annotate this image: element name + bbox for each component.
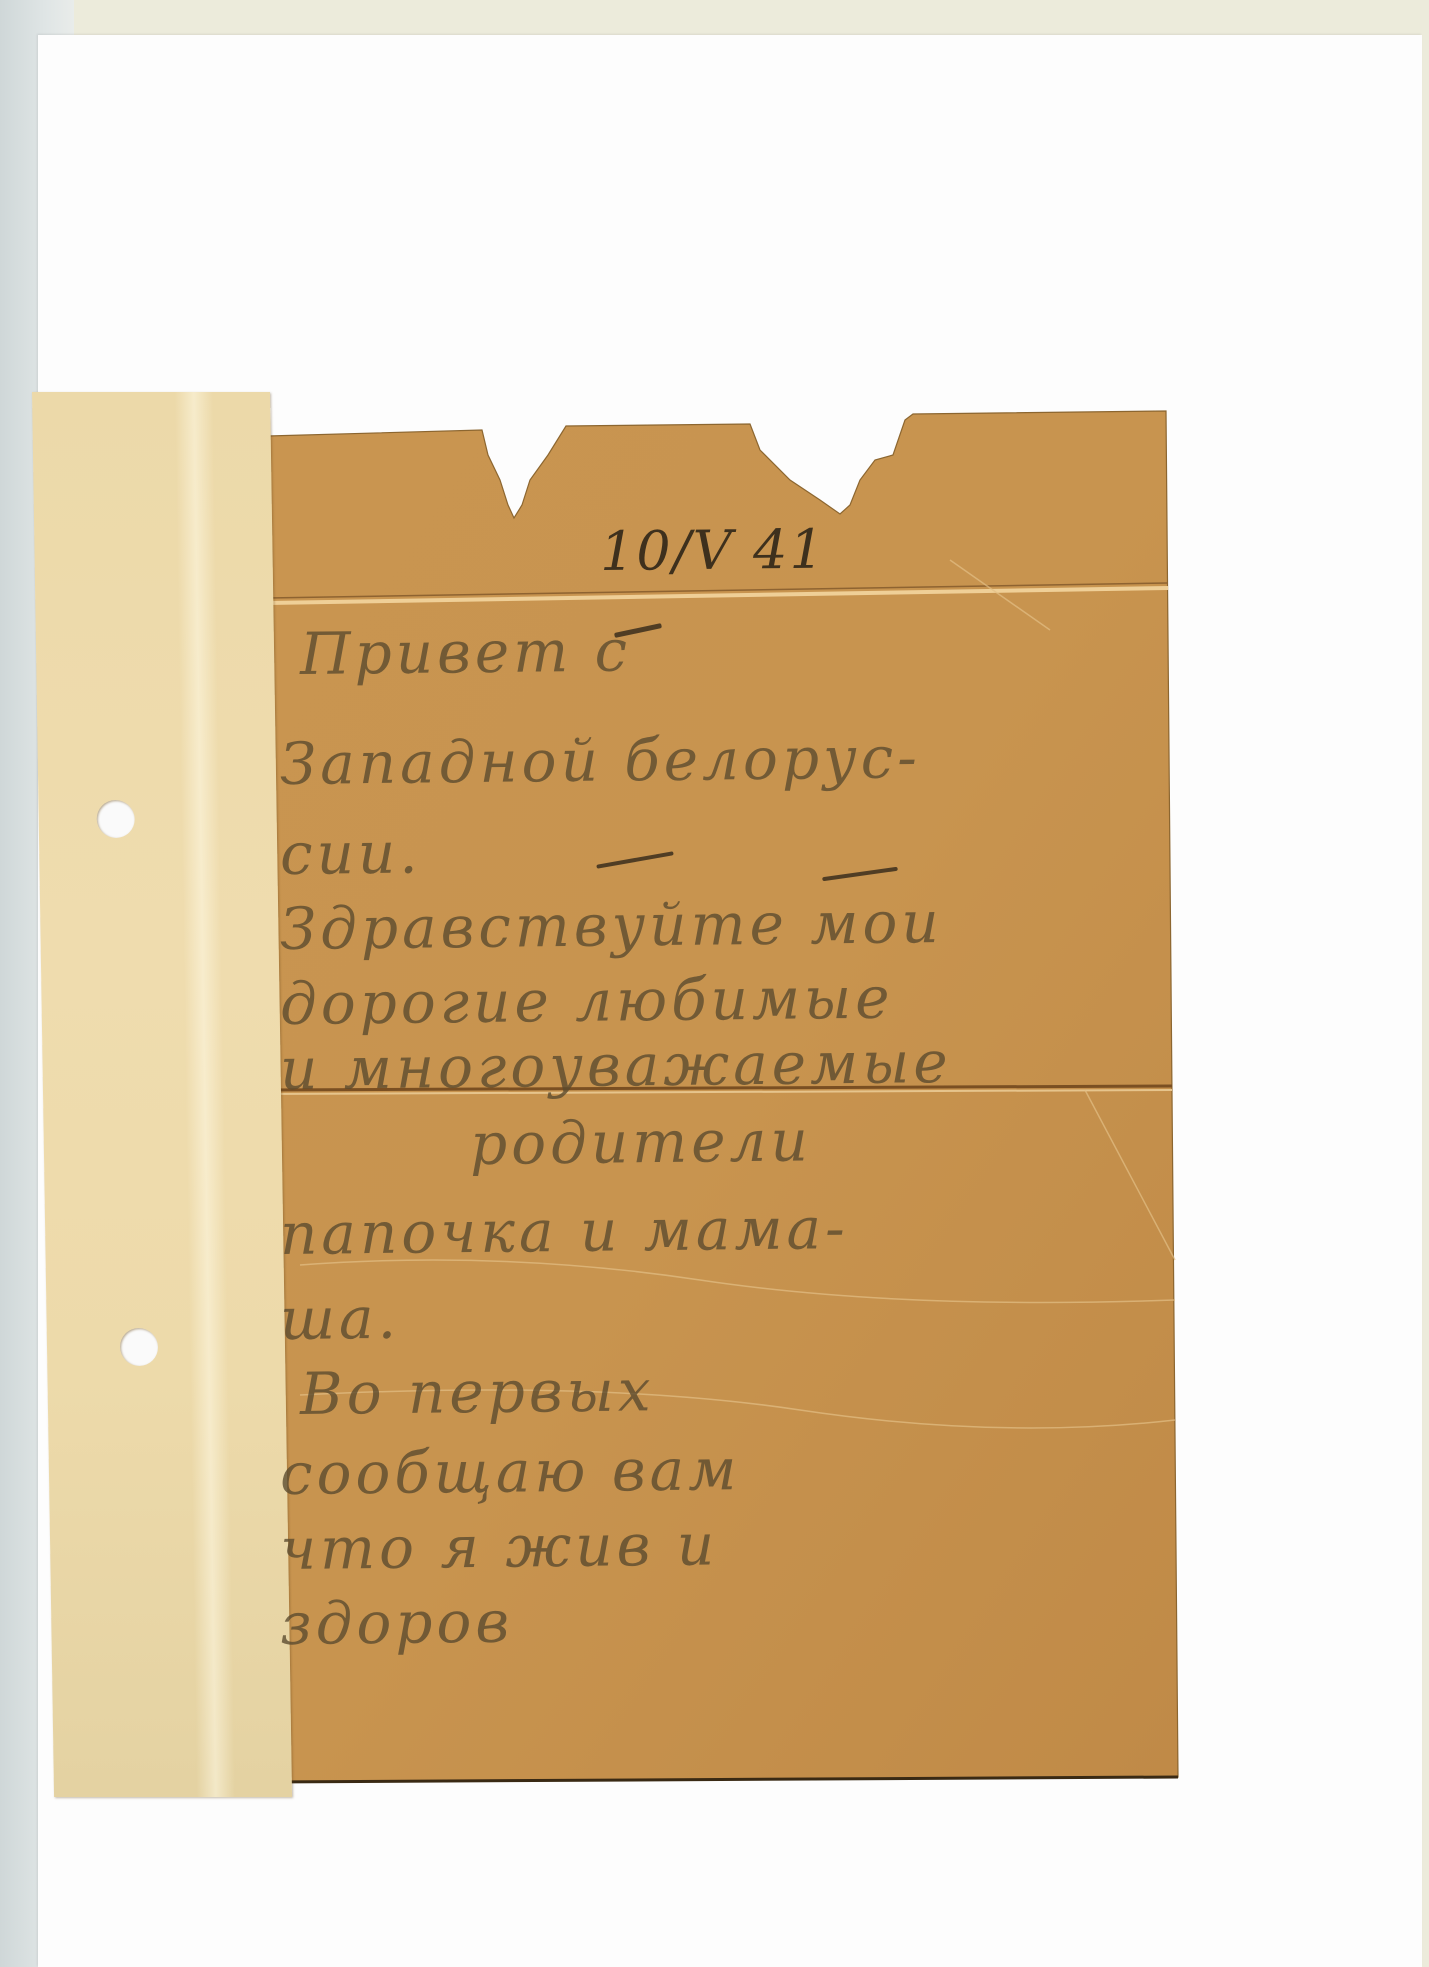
letter-line: и многоуважаемые <box>280 1028 952 1103</box>
punch-hole <box>96 800 135 838</box>
letter-line: папочка и мама- <box>280 1194 849 1268</box>
letter-line: ша. <box>280 1284 401 1353</box>
punch-hole <box>120 1328 159 1366</box>
letter-line: сии. <box>280 819 422 888</box>
letter-line: дорогие любимые <box>280 964 894 1038</box>
letter-line: что я жив и <box>280 1510 719 1583</box>
letter-date: 10/V 41 <box>600 518 826 583</box>
letter-line: Здравствуйте мои <box>280 888 943 963</box>
letter-line: здоров <box>280 1588 514 1658</box>
letter-line: Западной белорус- <box>280 723 921 798</box>
letter-line: сообщаю вам <box>280 1435 741 1508</box>
binding-tape <box>32 392 292 1797</box>
letter-line: Привет с <box>300 617 632 688</box>
letter-line: родители <box>470 1106 812 1178</box>
letter-line: Во первых <box>300 1356 655 1428</box>
